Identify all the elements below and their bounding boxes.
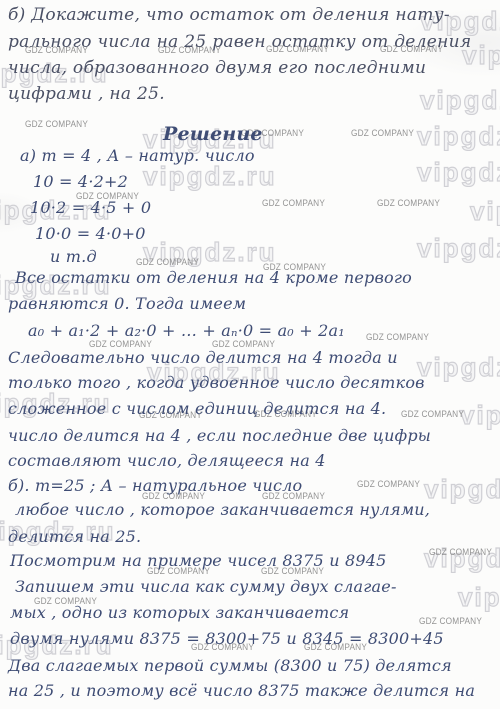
vipgdz-watermark: vipgdz.ru [417,157,500,188]
gdz-company-watermark: GDZ COMPANY [377,198,440,208]
gdz-company-watermark: GDZ COMPANY [262,198,325,208]
solution-line: Два слагаемых первой суммы (8300 и 75) д… [8,657,452,675]
solution-line: на 25 , и поэтому всё число 8375 также д… [8,682,475,700]
vipgdz-watermark: vipgdz.ru [417,121,500,152]
solution-line: любое число , которое заканчивается нуля… [15,501,430,519]
solution-line: a₀ + a₁·2 + a₂·0 + … + aₙ·0 = a₀ + 2a₁ [28,322,345,340]
gdz-company-watermark: GDZ COMPANY [136,257,199,267]
scanned-handwritten-page: { "colors": { "ink": "#3e4c74", "task_in… [0,0,500,709]
gdz-company-watermark: GDZ COMPANY [419,616,482,626]
gdz-company-watermark: GDZ COMPANY [366,332,429,342]
vipgdz-watermark: vipgdz.ru [470,196,500,227]
solution-line: а) m = 4 , А – натур. число [20,147,255,165]
solution-line: Посмотрим на примере чисел 8375 и 8945 [10,552,387,570]
vipgdz-watermark: vipgdz.ru [460,400,500,431]
gdz-company-watermark: GDZ COMPANY [401,409,464,419]
solution-line: Все остатки от деления на 4 кроме первог… [15,269,412,287]
solution-line: мых , одно из которых заканчивается [10,604,349,622]
task-statement-line: числа, образованного двумя его последним… [8,59,426,78]
solution-line: сложенное с числом единиц делится на 4. [8,400,386,418]
solution-line: число делится на 4 , если последние две … [8,427,431,445]
solution-line: и т.д [50,248,97,266]
gdz-company-watermark: GDZ COMPANY [351,128,414,138]
task-statement-line: цифрами , на 25. [8,85,165,104]
vipgdz-watermark: vipgdz.ru [417,352,500,383]
solution-line: Запишем эти числа как сумму двух слагае- [15,578,397,596]
solution-line: двумя нулями 8375 = 8300+75 и 8345 = 830… [10,630,444,648]
solution-line: 10 = 4·2+2 [33,173,128,191]
solution-line: делится на 25. [8,528,141,546]
solution-line: только того , когда удвоенное число деся… [8,374,425,392]
solution-line: 10·0 = 4·0+0 [35,225,146,243]
gdz-company-watermark: GDZ COMPANY [357,479,420,489]
solution-title: Решение [163,124,263,145]
solution-line: равняются 0. Тогда имеем [8,295,246,313]
solution-line: составляют число, делящееся на 4 [8,452,326,470]
gdz-company-watermark: GDZ COMPANY [25,119,88,129]
vipgdz-watermark: vipgdz.ru [417,233,500,264]
vipgdz-watermark: vipgdz.ru [424,474,500,505]
task-statement-line: б) Докажите, что остаток от деления нату… [8,6,450,25]
vipgdz-watermark: vipgdz.ru [458,582,500,613]
vipgdz-watermark: vipgdz.ru [143,161,277,192]
solution-line: Следовательно число делится на 4 тогда и [8,349,398,367]
task-statement-line: рального числа на 25 равен остатку от де… [8,33,471,52]
gdz-company-watermark: GDZ COMPANY [429,547,492,557]
solution-line: 10·2 = 4·5 + 0 [30,199,151,217]
vipgdz-watermark: vipgdz.ru [420,85,500,116]
handwritten-solution-page: vipgdz.ruvipgdz.ruvipgdz.ruvipgdz.ruvipg… [0,0,500,709]
solution-line: б). m=25 ; А – натуральное число [8,477,302,495]
